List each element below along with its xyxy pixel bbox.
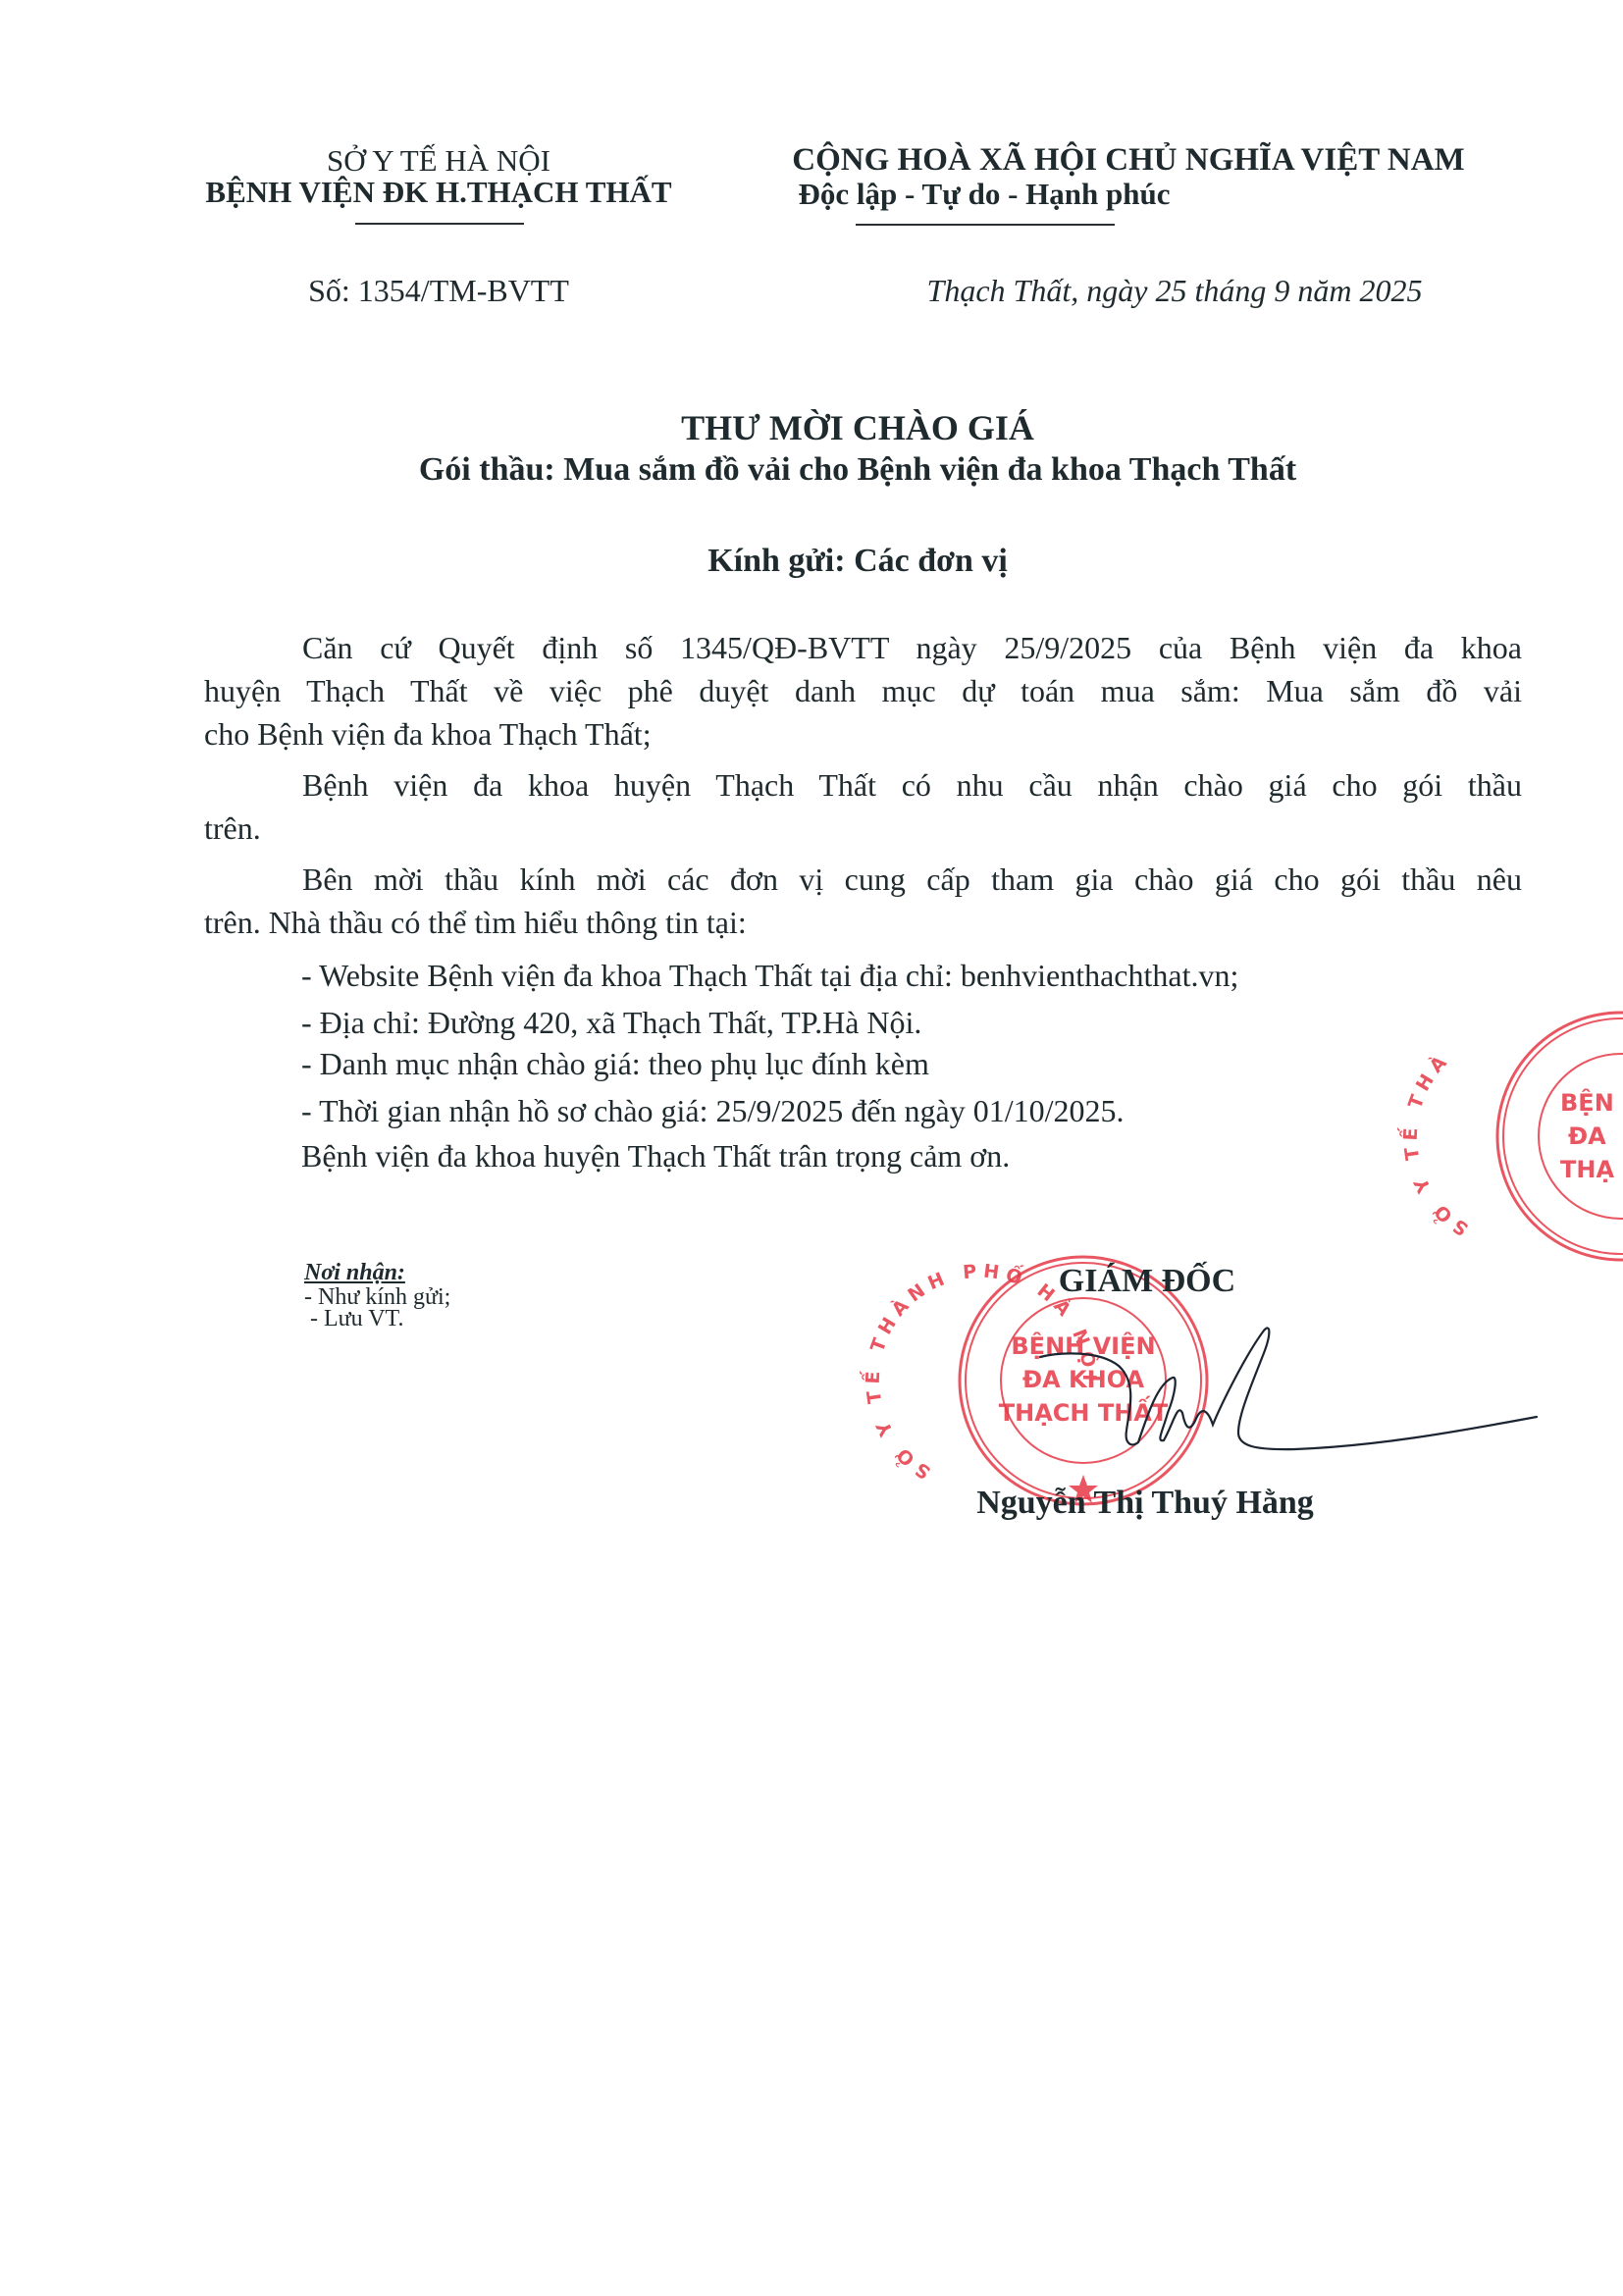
svg-text:ĐA KHOA: ĐA KHOA (1022, 1366, 1144, 1393)
svg-text:ĐA: ĐA (1568, 1122, 1606, 1150)
department-name: SỞ Y TẾ HÀ NỘI (327, 145, 550, 176)
national-motto: Độc lập - Tự do - Hạnh phúc (799, 179, 1171, 209)
body-line: cho Bệnh viện đa khoa Thạch Thất; (204, 718, 652, 750)
document-page: SỞ Y TẾ HÀ NỘI BỆNH VIỆN ĐK H.THẠCH THẤT… (0, 0, 1623, 2296)
handwritten-signature (1040, 1329, 1537, 1450)
document-number: Số: 1354/TM-BVTT (308, 275, 569, 306)
body-line: Căn cứ Quyết định số 1345/QĐ-BVTT ngày 2… (302, 632, 1522, 663)
svg-text:SỞ Y TẾ THÀ: SỞ Y TẾ THÀ (1396, 1047, 1473, 1239)
svg-text:THẠCH THẤT: THẠCH THẤT (999, 1394, 1169, 1427)
closing-line: Bệnh viện đa khoa huyện Thạch Thất trân … (301, 1140, 1010, 1172)
republic-title: CỘNG HOÀ XÃ HỘI CHỦ NGHĨA VIỆT NAM (792, 144, 1464, 177)
package-subtitle: Gói thầu: Mua sắm đồ vải cho Bệnh viện đ… (419, 453, 1296, 487)
svg-text:BỆNH VIỆN: BỆNH VIỆN (1011, 1331, 1155, 1360)
body-line: huyện Thạch Thất về việc phê duyệt danh … (204, 675, 1522, 706)
info-item-address: - Địa chỉ: Đường 420, xã Thạch Thất, TP.… (301, 1007, 921, 1038)
signatory-title: GIÁM ĐỐC (1059, 1265, 1235, 1298)
body-line: Bên mời thầu kính mời các đơn vị cung cấ… (302, 863, 1522, 895)
signatory-name: Nguyễn Thị Thuý Hằng (976, 1487, 1314, 1520)
addressee: Kính gửi: Các đơn vị (707, 545, 1008, 578)
recipients-heading: Nơi nhận: (304, 1261, 405, 1284)
edge-stamp (1497, 1013, 1623, 1260)
info-item-catalog: - Danh mục nhận chào giá: theo phụ lục đ… (301, 1048, 929, 1079)
hospital-name: BỆNH VIỆN ĐK H.THẠCH THẤT (205, 177, 671, 207)
place-date: Thạch Thất, ngày 25 tháng 9 năm 2025 (927, 275, 1423, 306)
document-title: THƯ MỜI CHÀO GIÁ (681, 410, 1034, 445)
motto-underline (856, 224, 1115, 226)
svg-text:THẠ: THẠ (1560, 1156, 1614, 1183)
svg-text:BỆN: BỆN (1560, 1087, 1614, 1117)
recipient-item: - Lưu VT. (304, 1307, 403, 1331)
info-item-website: - Website Bệnh viện đa khoa Thạch Thất t… (301, 960, 1238, 991)
hospital-underline (355, 223, 524, 225)
body-line: Bệnh viện đa khoa huyện Thạch Thất có nh… (302, 769, 1522, 801)
info-item-deadline: - Thời gian nhận hồ sơ chào giá: 25/9/20… (301, 1095, 1124, 1126)
body-line: trên. (204, 812, 261, 844)
edge-stamp-text: SỞ Y TẾ THÀ BỆN ĐA THẠ (1396, 1047, 1615, 1239)
body-line: trên. Nhà thầu có thể tìm hiểu thông tin… (204, 907, 747, 938)
